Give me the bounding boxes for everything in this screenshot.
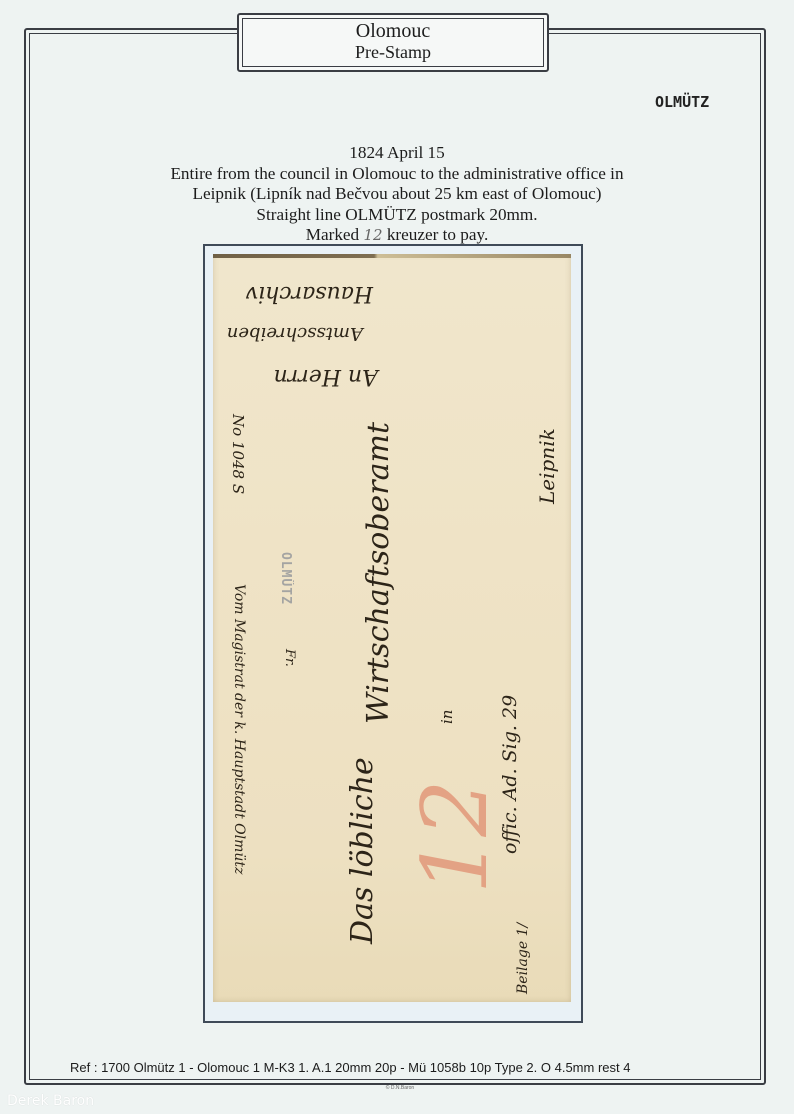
- rate-handwritten: 12: [363, 226, 382, 244]
- olmutz-straight-line-postmark: OLMÜTZ: [278, 552, 293, 605]
- description-line: Entire from the council in Olomouc to th…: [100, 164, 694, 185]
- description-line: Straight line OLMÜTZ postmark 20mm.: [100, 205, 694, 226]
- rate-suffix: kreuzer to pay.: [387, 225, 488, 244]
- description-line: Leipnik (Lipník nad Bečvou about 25 km e…: [100, 184, 694, 205]
- reverse-handwriting: An Herrn: [274, 364, 378, 389]
- description-line: Marked 12 kreuzer to pay.: [100, 225, 694, 246]
- cover-description: 1824 April 15 Entire from the council in…: [100, 143, 694, 246]
- reverse-handwriting: Amtsschreiben: [227, 323, 363, 344]
- watermark: Derek Baron: [7, 1093, 94, 1109]
- cover-image-frame: Hausarchiv Amtsschreiben An Herrn No 104…: [203, 244, 583, 1023]
- address-line-1: Das löbliche: [345, 757, 380, 944]
- reference-line: Ref : 1700 Olmütz 1 - Olomouc 1 M-K3 1. …: [70, 1060, 630, 1075]
- docket-number: No 1048 S: [229, 414, 247, 494]
- page-title: Olomouc: [239, 20, 547, 43]
- address-town: Leipnik: [535, 428, 559, 504]
- copyright-note: © D.N.Baron: [360, 1085, 440, 1091]
- rate-prefix: Marked: [306, 225, 359, 244]
- title-box: Olomouc Pre-Stamp: [237, 13, 549, 72]
- address-line-2: Wirtschaftsoberamt: [361, 422, 396, 724]
- franco-mark: Fr.: [282, 649, 297, 667]
- sender-line: Vom Magistrat der k. Hauptstadt Olmütz: [231, 584, 247, 874]
- entire-letter-cover: Hausarchiv Amtsschreiben An Herrn No 104…: [213, 254, 571, 1002]
- description-date: 1824 April 15: [100, 143, 694, 164]
- page-subtitle: Pre-Stamp: [239, 42, 547, 63]
- postmark-illustration: OLMÜTZ: [655, 93, 709, 111]
- red-crayon-rate-marking: 12: [403, 779, 508, 894]
- address-in: in: [438, 710, 456, 724]
- enclosure-note: Beilage 1/: [515, 923, 531, 994]
- reverse-handwriting: Hausarchiv: [246, 281, 373, 306]
